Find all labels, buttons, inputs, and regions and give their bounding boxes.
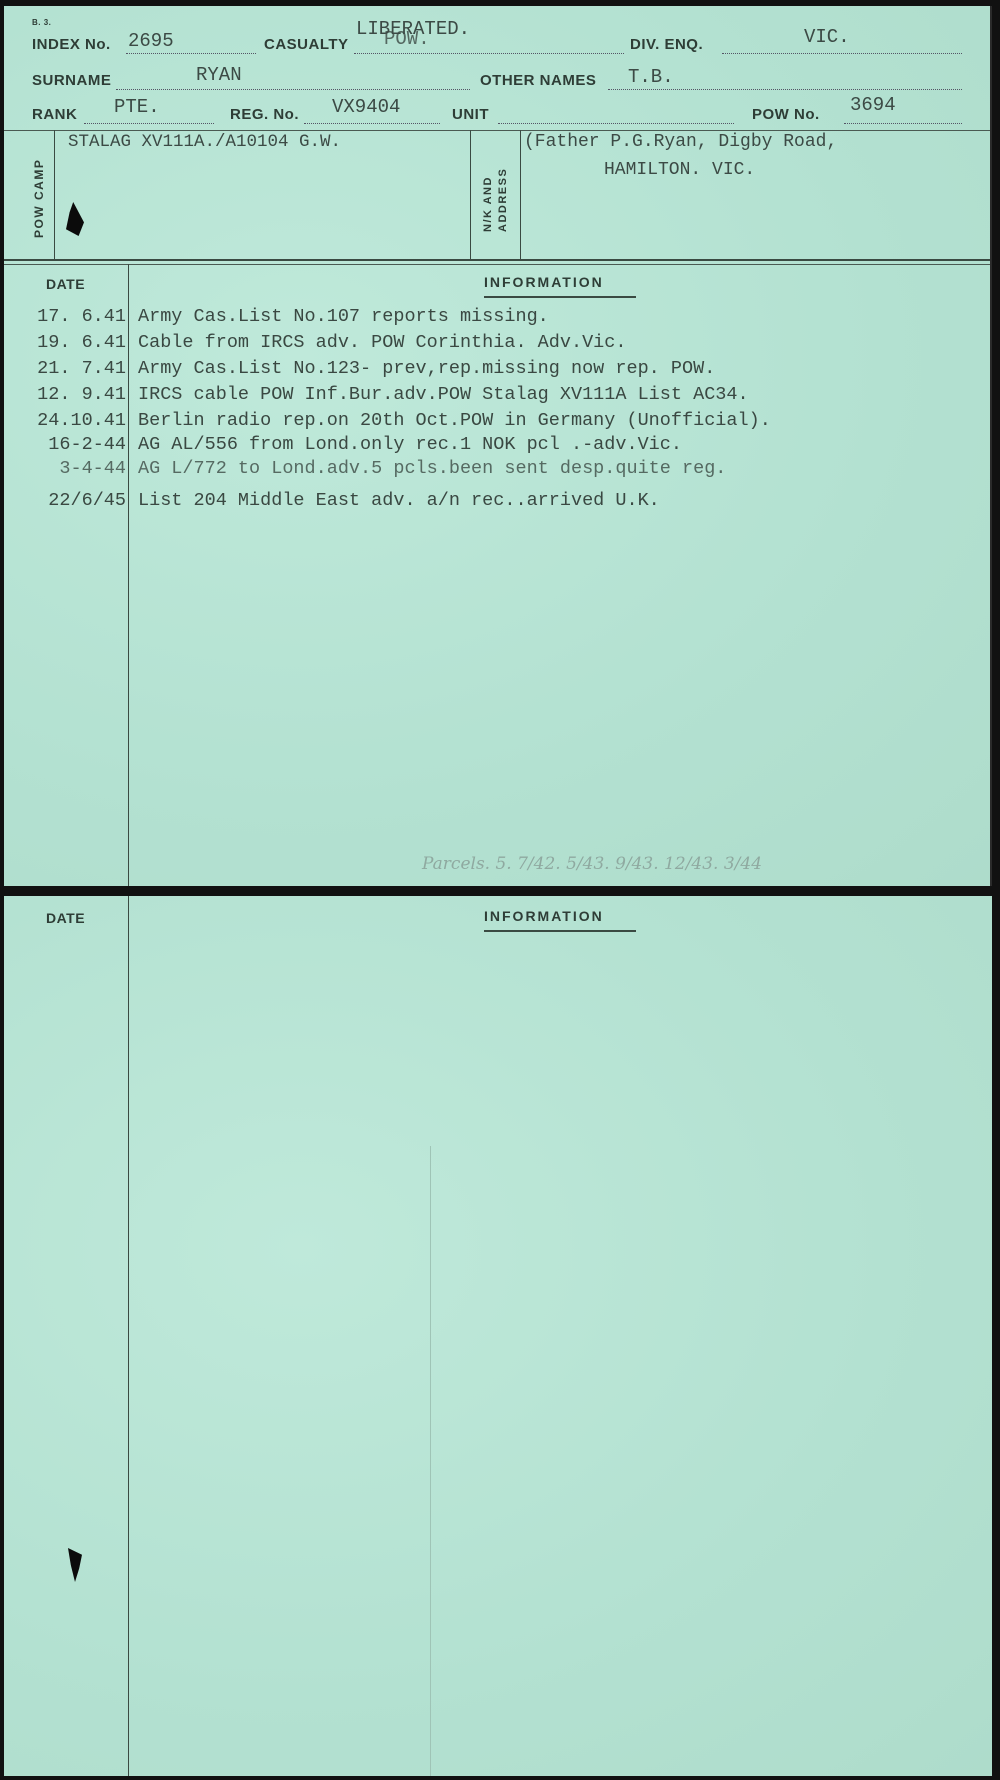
entry-date: 22/6/45 [48, 490, 126, 511]
table-row: 24.10.41Berlin radio rep.on 20th Oct.POW… [4, 410, 990, 436]
div-enq-label: DIV. ENQ. [630, 36, 703, 53]
index-card-front: B. 3. INDEX No. 2695 CASUALTY POW. LIBER… [4, 6, 992, 886]
handwritten-parcels-note: Parcels. 5. 7/42. 5/43. 9/43. 12/43. 3/4… [422, 854, 762, 874]
entry-date: 24.10.41 [37, 410, 126, 431]
other-names-label: OTHER NAMES [480, 72, 596, 89]
form-code: B. 3. [32, 18, 51, 27]
punch-hole [68, 1548, 82, 1582]
table-row: 12. 9.41IRCS cable POW Inf.Bur.adv.POW S… [4, 384, 990, 410]
rank-label: RANK [32, 106, 77, 123]
entry-date: 3-4-44 [59, 458, 126, 479]
div-enq-value: VIC. [804, 26, 850, 48]
surname-label: SURNAME [32, 72, 111, 89]
reg-no-value: VX9404 [332, 96, 400, 118]
nok-address-line1: (Father P.G.Ryan, Digby Road, [524, 132, 837, 152]
table-row: 21. 7.41Army Cas.List No.123- prev,rep.m… [4, 358, 990, 384]
reverse-information-header: INFORMATION [484, 908, 604, 924]
entry-info: Army Cas.List No.107 reports missing. [138, 306, 549, 327]
entry-date: 19. 6.41 [37, 332, 126, 353]
punch-hole [66, 202, 84, 236]
rank-value: PTE. [114, 96, 160, 118]
casualty-liberated-value: LIBERATED. [356, 18, 470, 40]
pow-no-value: 3694 [850, 94, 896, 116]
table-row: 3-4-44AG L/772 to Lond.adv.5 pcls.been s… [4, 458, 990, 484]
pow-camp-value: STALAG XV111A./A10104 G.W. [68, 132, 341, 152]
address-label: ADDRESS [497, 168, 509, 232]
table-row: 19. 6.41Cable from IRCS adv. POW Corinth… [4, 332, 990, 358]
entry-info: AG L/772 to Lond.adv.5 pcls.been sent de… [138, 458, 726, 479]
surname-value: RYAN [196, 64, 242, 86]
entry-info: Cable from IRCS adv. POW Corinthia. Adv.… [138, 332, 626, 353]
entry-date: 12. 9.41 [37, 384, 126, 405]
reverse-date-header: DATE [46, 910, 85, 926]
table-row: 16-2-44AG AL/556 from Lond.only rec.1 NO… [4, 434, 990, 460]
entry-date: 16-2-44 [48, 434, 126, 455]
other-names-value: T.B. [628, 66, 674, 88]
entry-info: Berlin radio rep.on 20th Oct.POW in Germ… [138, 410, 771, 431]
date-column-header: DATE [46, 276, 85, 292]
entry-info: List 204 Middle East adv. a/n rec..arriv… [138, 490, 660, 511]
entry-info: Army Cas.List No.123- prev,rep.missing n… [138, 358, 715, 379]
nok-address-line2: HAMILTON. VIC. [604, 160, 755, 180]
casualty-label: CASUALTY [264, 36, 349, 53]
entry-date: 17. 6.41 [37, 306, 126, 327]
entry-date: 21. 7.41 [37, 358, 126, 379]
information-column-header: INFORMATION [484, 274, 604, 290]
entry-info: AG AL/556 from Lond.only rec.1 NOK pcl .… [138, 434, 682, 455]
reg-no-label: REG. No. [230, 106, 299, 123]
index-card-reverse: DATE INFORMATION [4, 896, 992, 1776]
pow-camp-label: POW CAMP [32, 159, 46, 238]
unit-label: UNIT [452, 106, 489, 123]
nk-and-label: N/K AND [482, 176, 494, 232]
table-row: 22/6/45List 204 Middle East adv. a/n rec… [4, 490, 990, 516]
table-row: 17. 6.41Army Cas.List No.107 reports mis… [4, 306, 990, 332]
entry-info: IRCS cable POW Inf.Bur.adv.POW Stalag XV… [138, 384, 749, 405]
index-no-value: 2695 [128, 30, 174, 52]
pow-no-label: POW No. [752, 106, 820, 123]
index-no-label: INDEX No. [32, 36, 111, 53]
